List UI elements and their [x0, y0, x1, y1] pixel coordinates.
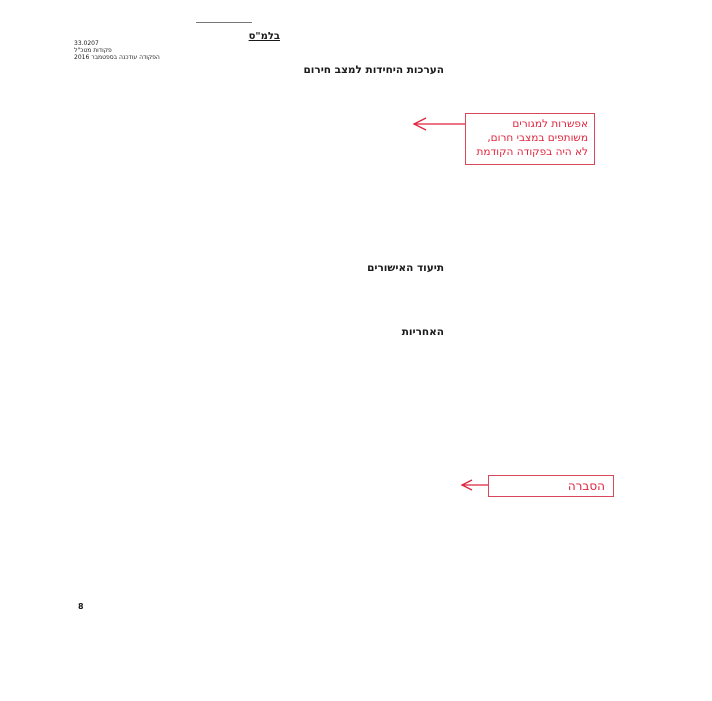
annotation-line: לא היה בפקודה הקודמת [472, 145, 588, 159]
annotation-note-shared-housing: אפשרות למגורים משותפים במצבי חרום, לא הי… [465, 113, 595, 165]
annotation-line: משותפים במצבי חרום, [472, 131, 588, 145]
document-page: בלמ"ס 33.0207 פקודות מטכ"ל הפקודה עודכנה… [0, 0, 712, 701]
classification-stamp: בלמ"ס [240, 31, 280, 42]
doc-number: 33.0207 [74, 40, 160, 47]
annotation-arrow-left-icon [412, 116, 468, 132]
document-meta: 33.0207 פקודות מטכ"ל הפקודה עודכנה בספטמ… [74, 40, 160, 61]
annotation-arrow-left-icon [460, 478, 490, 492]
section-heading-approvals: תיעוד האישורים [367, 262, 444, 274]
section-heading-responsibility: האחריות [402, 326, 444, 338]
page-number: 8 [78, 602, 84, 611]
doc-series: פקודות מטכ"ל [74, 47, 160, 54]
annotation-note-publicity: הסברה [488, 475, 614, 497]
doc-revision: הפקודה עודכנה בספטמבר 2016 [74, 54, 160, 61]
annotation-line: אפשרות למגורים [472, 117, 588, 131]
top-rule [196, 22, 252, 23]
section-heading-emergency: הערכות היחידות למצב חירום [303, 64, 444, 76]
annotation-text: הסברה [568, 479, 605, 493]
